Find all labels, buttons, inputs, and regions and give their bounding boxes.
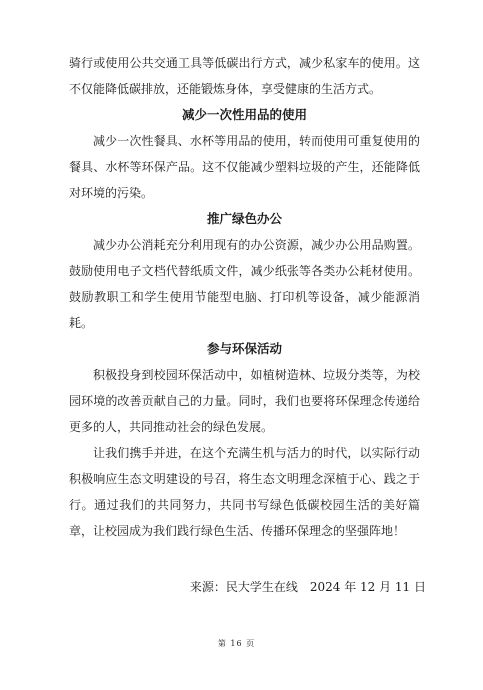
paragraph-green-office: 减少办公消耗充分利用现有的办公资源，减少办公用品购置。鼓励使用电子文档代替纸质文… — [69, 232, 420, 336]
document-page: 骑行或使用公共交通工具等低碳出行方式，减少私家车的使用。这不仅能降低碳排放，还能… — [0, 0, 483, 690]
source-line: 来源：民大学生在线 2024 年 12 月 11 日 — [190, 578, 426, 596]
document-body: 骑行或使用公共交通工具等低碳出行方式，减少私家车的使用。这不仅能降低碳排放，还能… — [69, 50, 420, 544]
heading-reduce-disposables: 减少一次性用品的使用 — [69, 102, 420, 128]
paragraph-reduce-disposables: 减少一次性餐具、水杯等用品的使用，转而使用可重复使用的餐具、水杯等环保产品。这不… — [69, 128, 420, 206]
heading-green-office: 推广绿色办公 — [69, 206, 420, 232]
paragraph-low-carbon-transport: 骑行或使用公共交通工具等低碳出行方式，减少私家车的使用。这不仅能降低碳排放，还能… — [69, 50, 420, 102]
page-footer: 第 16 页 — [0, 638, 473, 650]
page-number-label: 第 16 页 — [218, 639, 255, 648]
paragraph-closing: 让我们携手并进，在这个充满生机与活力的时代，以实际行动积极响应生态文明建设的号召… — [69, 440, 420, 544]
paragraph-environmental-activities: 积极投身到校园环保活动中，如植树造林、垃圾分类等，为校园环境的改善贡献自己的力量… — [69, 362, 420, 440]
heading-environmental-activities: 参与环保活动 — [69, 336, 420, 362]
